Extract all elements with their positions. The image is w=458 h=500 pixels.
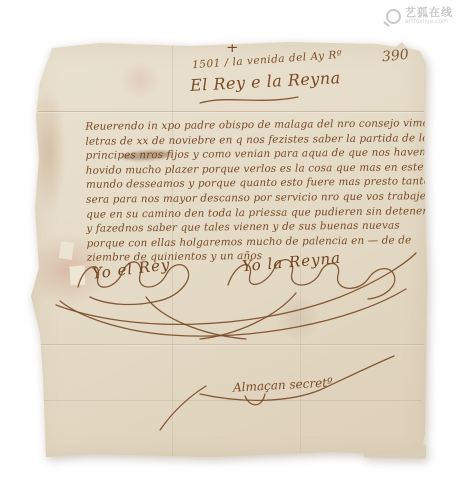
edge-stain <box>26 66 72 236</box>
paper-sheet: + 1501 / la venida del Ay Rº El Rey e la… <box>30 38 432 464</box>
magnifier-icon <box>386 9 401 24</box>
watermark-site-url: artfoxlive.com <box>405 19 453 25</box>
auction-photo-stage: 艺狐在线 artfoxlive.com + 1501 / la venida d… <box>0 0 458 500</box>
top-stain <box>112 52 168 108</box>
letter-heading: El Rey e la Reyna <box>190 68 342 95</box>
fold-crease <box>38 111 424 112</box>
watermark-text: 艺狐在线 artfoxlive.com <box>405 7 453 25</box>
archival-date-annotation: 1501 / la venida del Ay Rº <box>192 49 343 71</box>
letter-body: Reuerendo in xpo padre obispo de malaga … <box>85 116 423 265</box>
site-watermark: 艺狐在线 artfoxlive.com <box>386 7 453 25</box>
watermark-site-name: 艺狐在线 <box>405 7 453 18</box>
manuscript-paper: + 1501 / la venida del Ay Rº El Rey e la… <box>30 38 432 464</box>
heading-underline-flourish <box>198 94 302 106</box>
cross-mark: + <box>226 38 239 56</box>
lot-number: 390 <box>381 47 409 66</box>
